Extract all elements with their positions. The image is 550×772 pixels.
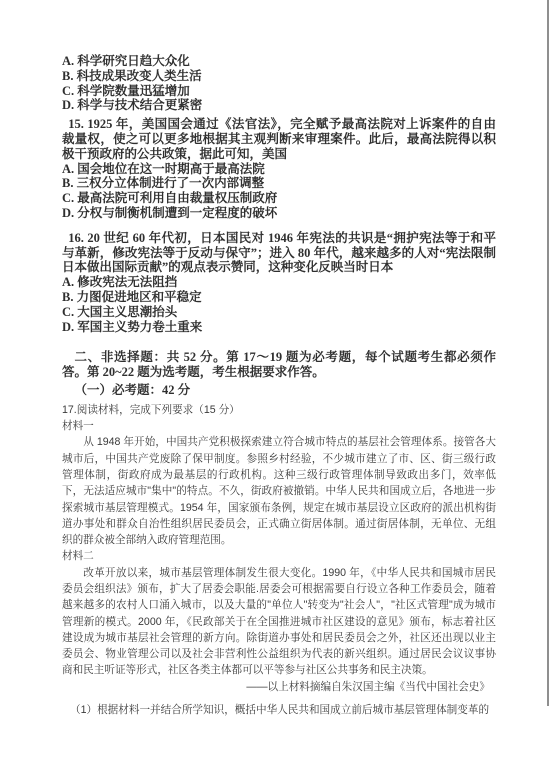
question-17-part-1: （1）根据材料一并结合所学知识，概括中华人民共和国成立前后城市基层管理体制变革的	[62, 702, 496, 718]
question-14-options: A. 科学研究日趋大众化 B. 科技成果改变人类生活 C. 科学院数量迅猛增加 …	[62, 54, 496, 113]
page-edge-line	[547, 0, 549, 706]
question-16-stem: 16. 20 世纪 60 年代初，日本国民对 1946 年宪法的共识是“拥护宪法…	[62, 231, 496, 275]
question-15-stem: 15. 1925 年，美国国会通过《法官法》，完全赋予最高法院对上诉案件的自由裁…	[62, 117, 496, 161]
option-a: A. 科学研究日趋大众化	[62, 54, 496, 69]
section-2: 二、非选择题：共 52 分。第 17～19 题为必考题，每个试题考生都必须作答。…	[62, 350, 496, 397]
option-a: A. 修改宪法无法阻挡	[62, 275, 496, 290]
section-2-subheading: （一）必考题：42 分	[62, 383, 496, 398]
question-15: 15. 1925 年，美国国会通过《法官法》，完全赋予最高法院对上诉案件的自由裁…	[62, 117, 496, 221]
option-d: D. 科学与技术结合更紧密	[62, 98, 496, 113]
option-d: D. 军国主义势力卷土重来	[62, 320, 496, 335]
page-content: A. 科学研究日趋大众化 B. 科技成果改变人类生活 C. 科学院数量迅猛增加 …	[62, 54, 496, 718]
option-b: B. 三权分立体制进行了一次内部调整	[62, 176, 496, 191]
material-source-attribution: ——以上材料摘编自朱汉国主编《当代中国社会史》	[62, 679, 496, 695]
option-c: C. 大国主义思潮抬头	[62, 305, 496, 320]
option-b: B. 科技成果改变人类生活	[62, 69, 496, 84]
exam-document-page: A. 科学研究日趋大众化 B. 科技成果改变人类生活 C. 科学院数量迅猛增加 …	[0, 0, 550, 772]
question-16: 16. 20 世纪 60 年代初，日本国民对 1946 年宪法的共识是“拥护宪法…	[62, 231, 496, 335]
material-1-text: 从 1948 年开始，中国共产党积极探索建立符合城市特点的基层社会管理体系。接管…	[62, 434, 496, 548]
question-17-title: 17.阅读材料，完成下列要求（15 分）	[62, 402, 496, 418]
material-2-label: 材料二	[62, 548, 496, 564]
option-b: B. 力图促进地区和平稳定	[62, 290, 496, 305]
material-1-label: 材料一	[62, 418, 496, 434]
question-17: 17.阅读材料，完成下列要求（15 分） 材料一 从 1948 年开始，中国共产…	[62, 402, 496, 719]
option-c: C. 科学院数量迅猛增加	[62, 84, 496, 99]
option-c: C. 最高法院可利用自由裁量权压制政府	[62, 191, 496, 206]
material-2-text: 改革开放以来，城市基层管理体制发生很大变化。1990 年，《中华人民共和国城市居…	[62, 565, 496, 679]
option-d: D. 分权与制衡机制遭到一定程度的破坏	[62, 206, 496, 221]
option-a: A. 国会地位在这一时期高于最高法院	[62, 162, 496, 177]
section-2-heading: 二、非选择题：共 52 分。第 17～19 题为必考题，每个试题考生都必须作答。…	[62, 350, 496, 380]
